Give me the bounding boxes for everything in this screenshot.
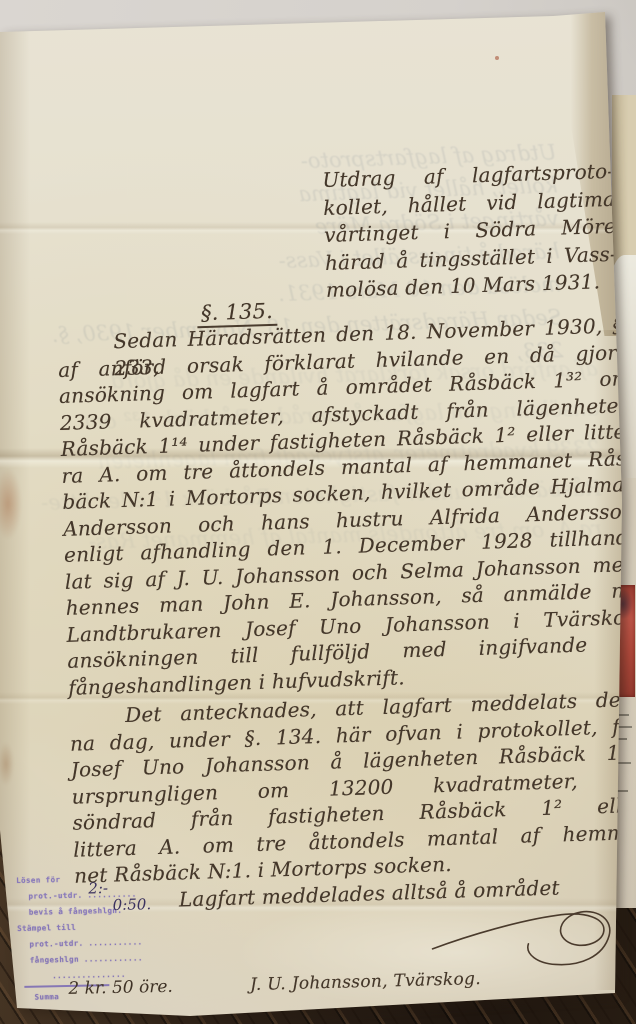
fee-row-title: Stämpel till: [17, 917, 267, 935]
fee-summa-row: Summa 2 kr. 50 öre.: [34, 986, 268, 1005]
main-paper-wrap: Utdrag af lagfartsproto- kollet, hållet …: [0, 0, 636, 1024]
fee-stamp-block: Lösen för prot.-utdr. .......... 2:- bev…: [16, 869, 269, 1005]
document-header: Utdrag af lagfartsproto- kollet, hållet …: [322, 158, 618, 305]
photo-of-document: Utdrag af lagfartsproto- kollet, hållet …: [0, 0, 636, 1024]
signature: J. U. Johansson, Tvärskog.: [250, 969, 481, 995]
fee-row-label: bevis å fångeshlgn.: [29, 906, 123, 917]
fee-row: bevis å fångeshlgn. 0:50.: [29, 901, 267, 919]
summa-label: Summa: [34, 992, 59, 1002]
fee-handwritten-value: 2:-: [88, 882, 108, 895]
paper-speck: [495, 56, 499, 60]
fee-row: prot.-utdr. ...........: [29, 933, 267, 951]
fee-row: fångeshlgn ............: [30, 949, 268, 967]
fee-row-title: Lösen för: [16, 869, 266, 887]
summa-handwritten-value: 2 kr. 50 öre.: [68, 980, 173, 996]
document-body: Sedan Häradsrätten den 18. November 1930…: [57, 312, 636, 916]
main-document-page: Utdrag af lagfartsproto- kollet, hållet …: [0, 0, 636, 1024]
fee-handwritten-value: 0:50.: [113, 898, 152, 912]
signature-flourish: [426, 895, 625, 977]
